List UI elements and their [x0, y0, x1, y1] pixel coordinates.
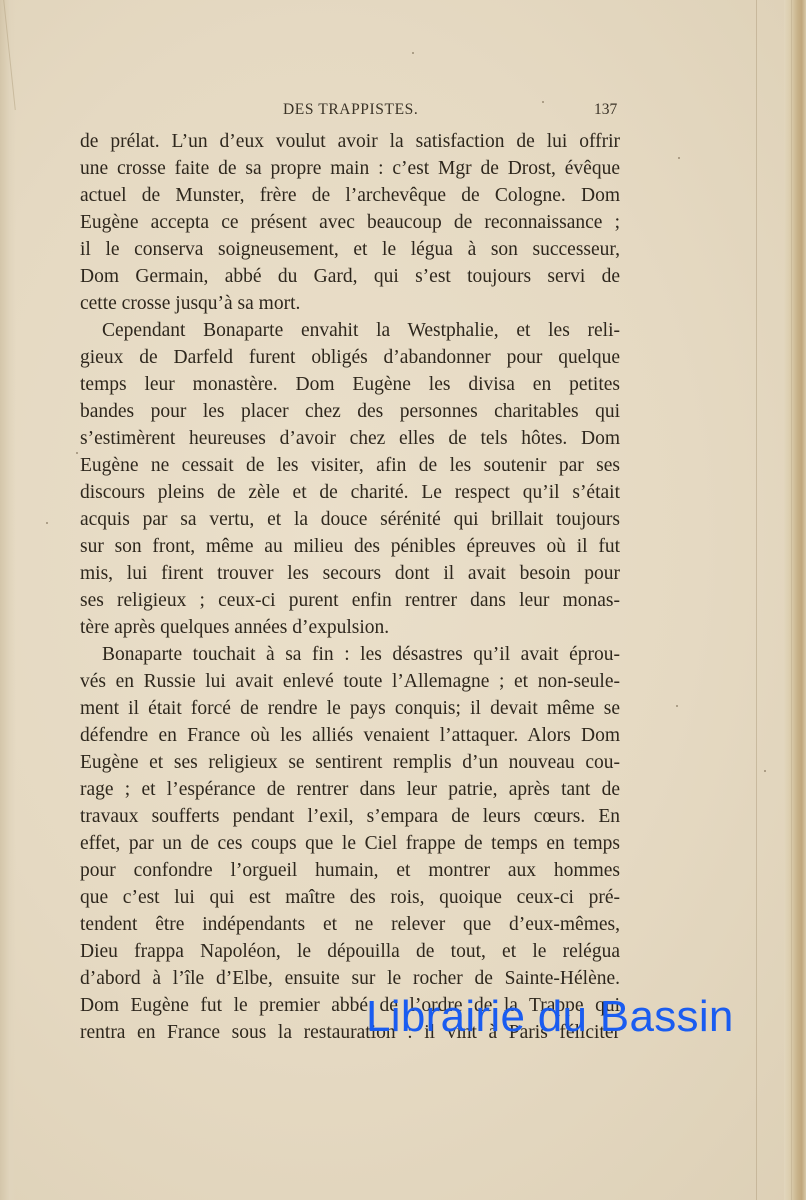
text-line: une crosse faite de sa propre main : c’e…	[80, 155, 620, 182]
page-edge-line	[791, 0, 792, 1200]
text-line: vés en Russie lui avait enlevé toute l’A…	[80, 668, 620, 695]
text-line: rage ; et l’espérance de rentrer dans le…	[80, 776, 620, 803]
text-line: actuel de Munster, frère de l’archevêque…	[80, 182, 620, 209]
text-line: effet, par un de ces coups que le Ciel f…	[80, 830, 620, 857]
text-line: Eugène accepta ce présent avec beaucoup …	[80, 209, 620, 236]
text-line: bandes pour les placer chez des personne…	[80, 398, 620, 425]
body-text: de prélat. L’un d’eux voulut avoir la sa…	[80, 128, 620, 1046]
paper-speck	[676, 705, 678, 707]
text-line: Dom Germain, abbé du Gard, qui s’est tou…	[80, 263, 620, 290]
page-edge-strata	[784, 0, 806, 1200]
text-line: tère après quelques années d’expulsion.	[80, 614, 620, 641]
text-line: travaux soufferts pendant l’exil, s’empa…	[80, 803, 620, 830]
text-line: que c’est lui qui est maître des rois, q…	[80, 884, 620, 911]
left-gutter-shadow	[0, 0, 16, 1200]
page-number: 137	[594, 101, 617, 119]
text-line: ses religieux ; ceux-ci purent enfin ren…	[80, 587, 620, 614]
text-line: Eugène et ses religieux se sentirent rem…	[80, 749, 620, 776]
text-line: cette crosse jusqu’à sa mort.	[80, 290, 620, 317]
text-line: acquis par sa vertu, et la douce sérénit…	[80, 506, 620, 533]
text-line: Bonaparte touchait à sa fin : les désast…	[80, 641, 620, 668]
text-line: Cependant Bonaparte envahit la Westphali…	[80, 317, 620, 344]
running-title: DES TRAPPISTES.	[283, 101, 418, 119]
text-line: ment il était forcé de rendre le pays co…	[80, 695, 620, 722]
text-line: Eugène ne cessait de les visiter, afin d…	[80, 452, 620, 479]
text-line: gieux de Darfeld furent obligés d’abando…	[80, 344, 620, 371]
text-line: sur son front, même au milieu des pénibl…	[80, 533, 620, 560]
paper-speck	[46, 522, 48, 524]
paper-speck	[678, 157, 680, 159]
text-line: temps leur monastère. Dom Eugène les div…	[80, 371, 620, 398]
text-line: pour confondre l’orgueil humain, et mont…	[80, 857, 620, 884]
page-edge-line	[756, 0, 757, 1200]
book-page: DES TRAPPISTES. 137 de prélat. L’un d’eu…	[0, 0, 806, 1200]
text-line: mis, lui firent trouver les secours dont…	[80, 560, 620, 587]
text-line: discours pleins de zèle et de charité. L…	[80, 479, 620, 506]
text-line: Dieu frappa Napoléon, le dépouilla de to…	[80, 938, 620, 965]
paper-speck	[764, 770, 766, 772]
running-head: DES TRAPPISTES. 137	[0, 101, 806, 123]
text-line: tendent être indépendants et ne relever …	[80, 911, 620, 938]
paper-speck	[412, 52, 414, 54]
text-line: il le conserva soigneusement, et le légu…	[80, 236, 620, 263]
text-line: s’estimèrent heureuses d’avoir chez elle…	[80, 425, 620, 452]
paper-speck	[76, 452, 78, 454]
text-line: d’abord à l’île d’Elbe, ensuite sur le r…	[80, 965, 620, 992]
text-line: de prélat. L’un d’eux voulut avoir la sa…	[80, 128, 620, 155]
watermark: Librairie du Bassin	[366, 992, 734, 1042]
text-line: défendre en France où les alliés venaien…	[80, 722, 620, 749]
